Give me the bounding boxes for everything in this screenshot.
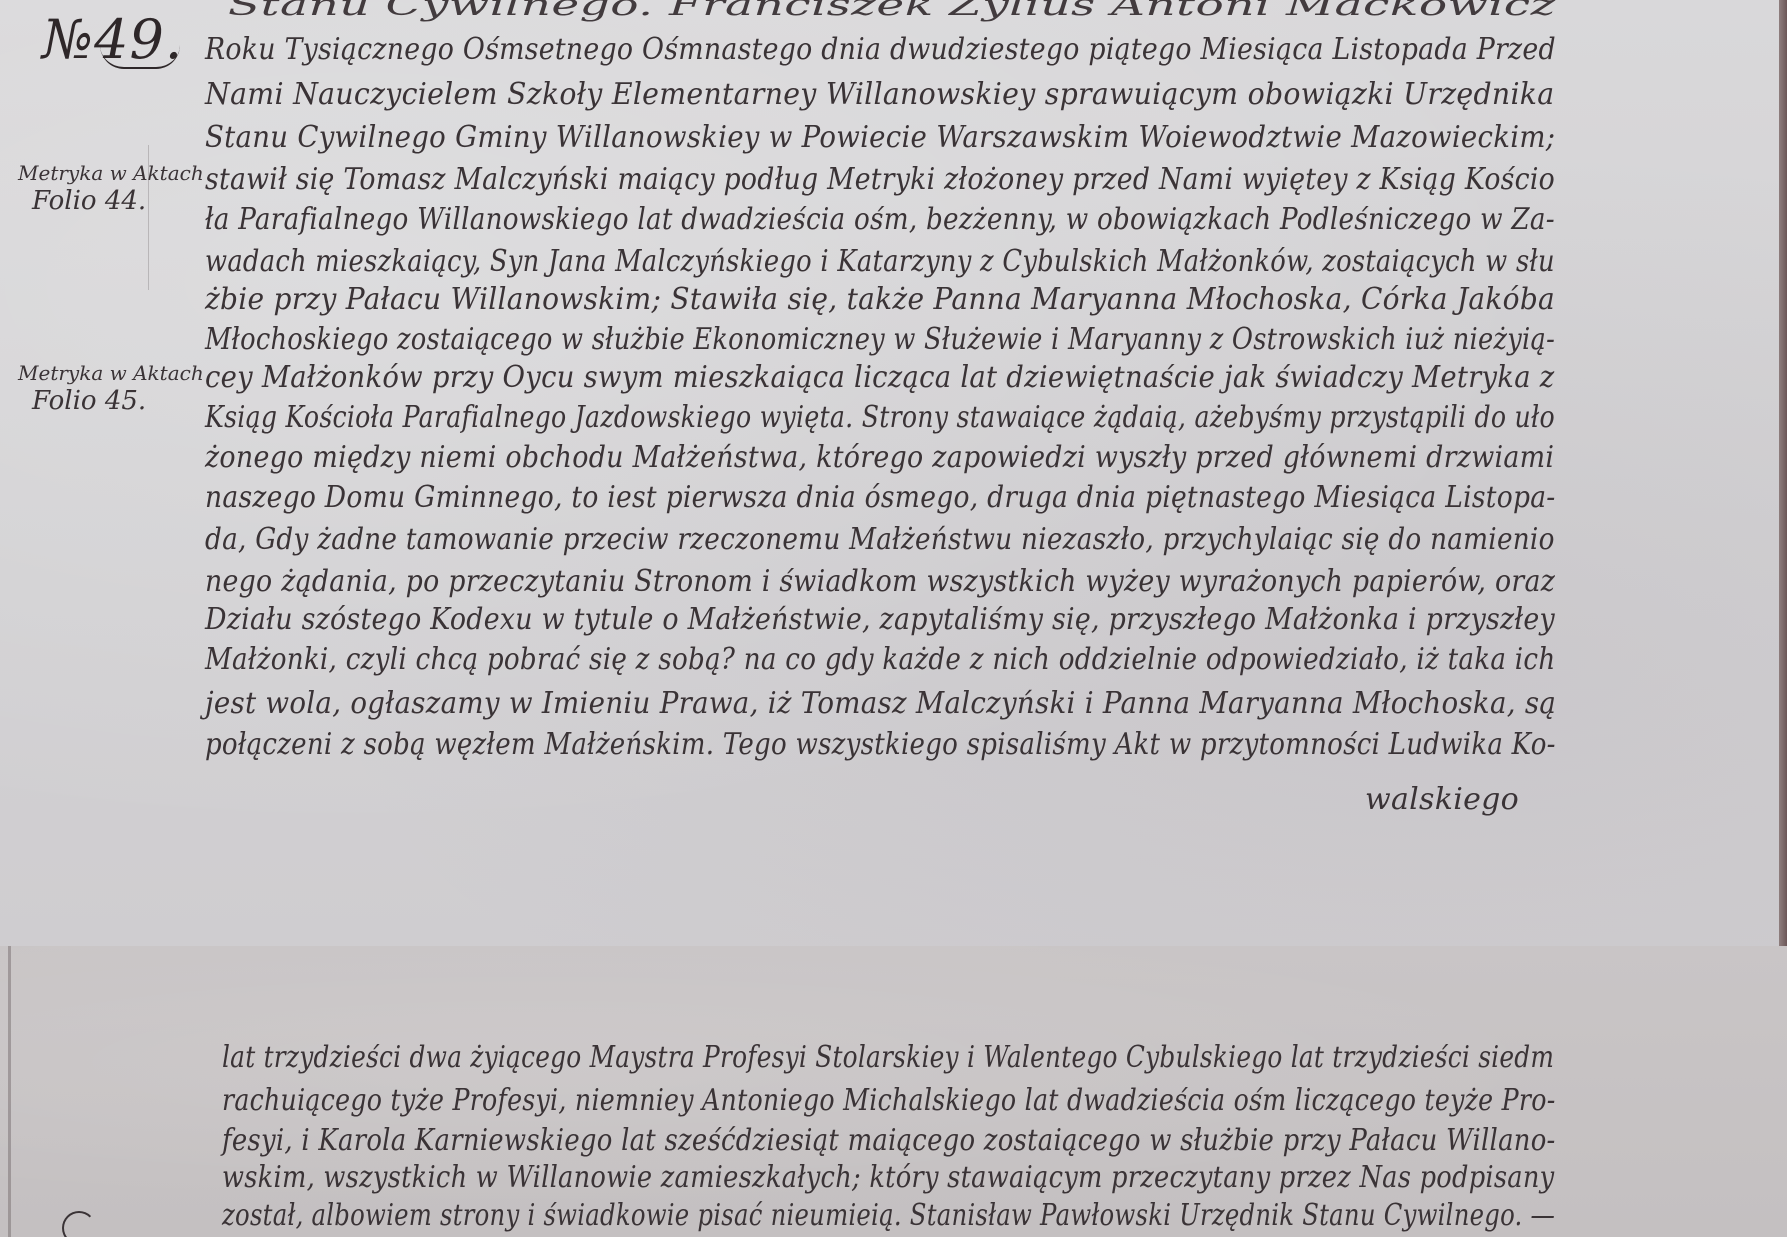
text-line: ła Parafialnego Willanowskiego lat dwadz… — [205, 200, 1555, 240]
act-number: №49. — [42, 8, 183, 71]
page-edge — [8, 946, 11, 1237]
act-number-underline — [100, 45, 180, 69]
text-line: żonego między niemi obchodu Małżeństwa, … — [205, 438, 1554, 478]
text-line: cey Małżonków przy Oycu swym mieszkaiąca… — [205, 358, 1555, 398]
text-line: Roku Tysiącznego Ośmsetnego Ośmnastego d… — [205, 30, 1556, 70]
margin-note-title: Metryka w Aktach — [18, 360, 204, 386]
text-line: nego żądania, po przeczytaniu Stronom i … — [205, 562, 1555, 602]
text-line: Młochoskiego zostaiącego w służbie Ekono… — [205, 320, 1555, 360]
text-line: Ksiąg Kościoła Parafialnego Jazdowskiego… — [205, 398, 1555, 438]
text-line: żbie przy Pałacu Willanowskim; Stawiła s… — [205, 280, 1555, 320]
margin-note-folio: Folio 45. — [18, 386, 204, 416]
flourish-mark — [62, 1211, 96, 1237]
text-line: Nami Nauczycielem Szkoły Elementarney Wi… — [205, 75, 1554, 115]
text-line: wskim, wszystkich w Willanowie zamieszka… — [222, 1158, 1554, 1198]
text-line: Stanu Cywilnego Gminy Willanowskiey w Po… — [205, 118, 1555, 158]
signature-line: Stanu Cywilnego. Franciszek Zylius Anton… — [228, 0, 1556, 26]
text-line: fesyi, i Karola Karniewskiego lat sześćd… — [222, 1121, 1556, 1161]
text-line: został, albowiem strony i świadkowie pis… — [222, 1196, 1555, 1236]
margin-note-folio-45: Metryka w Aktach Folio 45. — [18, 360, 204, 416]
margin-note-folio: Folio 44. — [18, 186, 204, 216]
margin-note-folio-44: Metryka w Aktach Folio 44. — [18, 160, 204, 216]
margin-note-title: Metryka w Aktach — [18, 160, 204, 186]
text-line: walskiego — [1365, 780, 1519, 820]
text-line: naszego Domu Gminnego, to iest pierwsza … — [205, 478, 1556, 518]
text-line: rachuiącego tyże Profesyi, niemniey Anto… — [222, 1081, 1556, 1121]
text-line: jest wola, ogłaszamy w Imieniu Prawa, iż… — [205, 684, 1556, 724]
document-page-top: Stanu Cywilnego. Franciszek Zylius Anton… — [0, 0, 1787, 946]
text-line: połączeni z sobą węzłem Małżeńskim. Tego… — [205, 725, 1556, 765]
text-line: stawił się Tomasz Malczyński maiący podł… — [205, 160, 1555, 200]
document-page-bottom: lat trzydzieści dwa żyiącego Maystra Pro… — [0, 946, 1787, 1237]
text-line: Małżonki, czyli chcą pobrać się z sobą? … — [205, 640, 1555, 680]
page-edge — [1779, 0, 1787, 946]
text-line: lat trzydzieści dwa żyiącego Maystra Pro… — [222, 1038, 1554, 1078]
text-line: da, Gdy żadne tamowanie przeciw rzeczone… — [205, 520, 1555, 560]
text-line: Działu szóstego Kodexu w tytule o Małżeń… — [205, 600, 1555, 640]
text-line: wadach mieszkaiący, Syn Jana Malczyńskie… — [205, 242, 1555, 282]
